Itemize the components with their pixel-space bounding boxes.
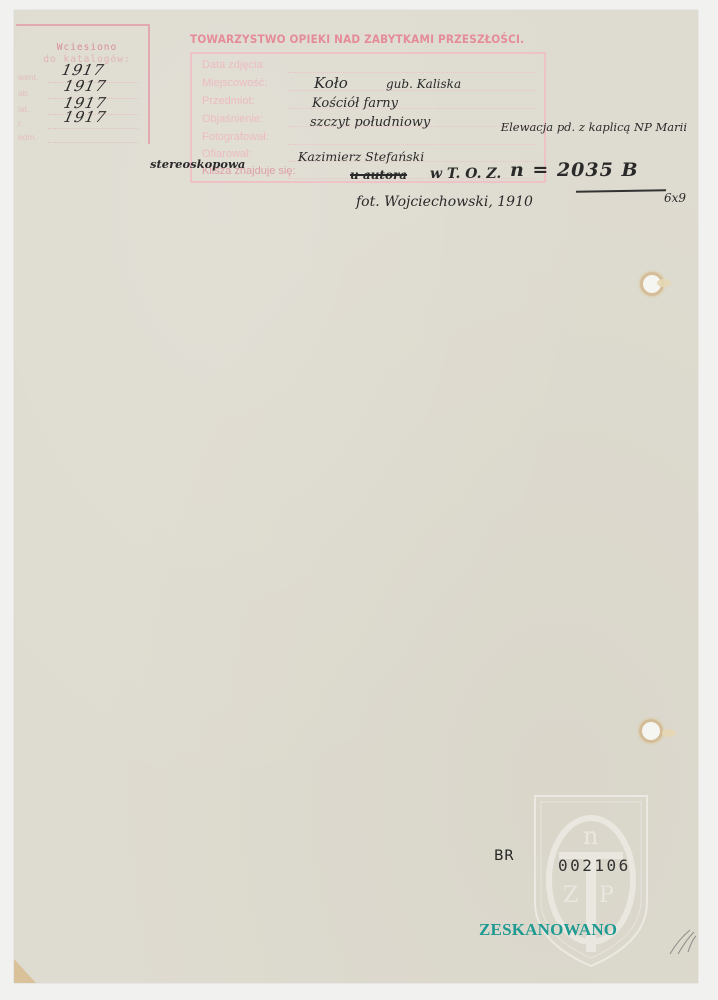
svg-text:P: P (599, 883, 614, 908)
inventory-prefix: BR (494, 848, 514, 864)
negative-number: n = 2035 B (510, 159, 639, 181)
scanned-stamp: ZESKANOWANO (479, 920, 617, 940)
photographer-note: fot. Wojciechowski, 1910 (356, 194, 533, 210)
catalog-row-label: edm. (18, 132, 37, 142)
catalog-row: edm. (18, 130, 138, 146)
location-value: Koło (314, 74, 348, 92)
donor-value: Kazimierz Stefański (298, 149, 424, 164)
svg-text:n: n (583, 822, 598, 850)
field-label: Objaśnienie: (202, 113, 263, 125)
society-emblem-icon: n Z P (531, 792, 651, 970)
negative-location-value: w T. O. Z. (430, 166, 501, 182)
field-label: Fotografował: (202, 131, 269, 143)
form-row-photo-date: Data zdjęcia: (202, 58, 536, 76)
catalog-year-2: 1917 (62, 77, 108, 95)
explanation-extra: Elewacja pd. z kaplicą NP Marii (497, 117, 687, 137)
document-card: Wciesiono do katalogów: went. ab. lat. r… (14, 10, 698, 983)
corner-scribble-icon (668, 926, 698, 956)
torn-corner (14, 959, 36, 983)
margin-note: stereoskopowa (150, 157, 245, 171)
catalog-row-label: went. (18, 72, 38, 82)
catalog-row-label: r. (18, 118, 23, 128)
svg-text:Z: Z (563, 883, 578, 908)
location-extra: gub. Kaliska (386, 77, 461, 91)
form-row-photographer: Fotografował: (202, 130, 536, 148)
subject-value: Kościół farny (312, 96, 398, 111)
underline-stroke (576, 189, 666, 192)
form-row-location: Miejscowość: (202, 76, 536, 94)
hole-tear (657, 279, 671, 287)
catalog-year-4: 1917 (62, 108, 108, 126)
society-stamp-title: TOWARZYSTWO OPIEKI NAD ZABYTKAMI PRZESZŁ… (190, 32, 530, 46)
field-label: Data zdjęcia: (202, 59, 266, 71)
inventory-number: 002106 (558, 856, 631, 875)
punch-hole-bottom (642, 722, 660, 740)
hole-tear (662, 729, 676, 737)
plate-size: 6x9 (664, 191, 686, 205)
catalog-title-line1: Wciesiono (42, 42, 132, 54)
catalog-row-label: lat. (18, 104, 29, 114)
explanation-value: szczyt południowy (310, 115, 430, 130)
field-label: Miejscowość: (202, 77, 267, 89)
catalog-row-label: ab. (18, 88, 30, 98)
field-label: Przedmiot: (202, 95, 255, 107)
negative-location-struck: u autora (350, 168, 407, 182)
